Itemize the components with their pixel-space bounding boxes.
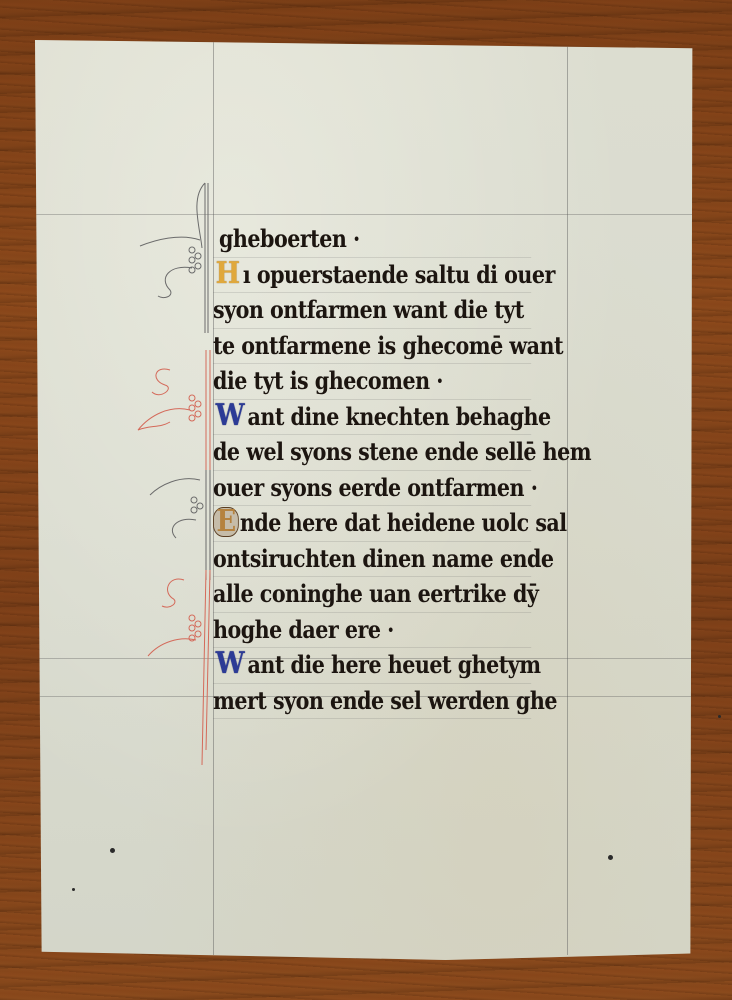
text-line: ontsiruchten dinen name ende xyxy=(213,542,531,578)
grey-penwork-flourish-icon xyxy=(130,178,220,338)
gold-initial-e: E xyxy=(213,507,239,537)
text-line: hoghe daer ere · xyxy=(213,613,531,649)
ink-speck xyxy=(72,888,75,891)
red-penwork-flourish-icon xyxy=(130,350,220,480)
text-line: Ende here dat heidene uolc sal xyxy=(213,506,531,542)
text-line: te ontfarmene is ghecomē want xyxy=(213,329,531,365)
grey-penwork-flourish-icon xyxy=(140,470,220,580)
blue-initial-w: W xyxy=(213,402,247,430)
text-line: Want die here heuet ghetym xyxy=(213,648,531,684)
text-line: Want dine knechten behaghe xyxy=(213,400,531,436)
text-line: mert syon ende sel werden ghe xyxy=(213,684,531,720)
ink-speck xyxy=(608,855,613,860)
blue-initial-w: W xyxy=(213,650,247,678)
text-line: gheboerten · xyxy=(213,222,531,258)
text-line: Hı opuerstaende saltu di ouer xyxy=(213,258,531,294)
gold-initial-h: H xyxy=(213,260,242,288)
ink-speck xyxy=(718,715,721,718)
manuscript-text: gheboerten · Hı opuerstaende saltu di ou… xyxy=(213,222,583,719)
text-line: syon ontfarmen want die tyt xyxy=(213,293,531,329)
ink-speck xyxy=(110,848,115,853)
text-line: ouer syons eerde ontfarmen · xyxy=(213,471,531,507)
red-penwork-flourish-icon xyxy=(140,570,220,770)
text-line: die tyt is ghecomen · xyxy=(213,364,531,400)
text-line: alle coninghe uan eertrike dȳ xyxy=(213,577,531,613)
text-line: de wel syons stene ende sellē hem xyxy=(213,435,531,471)
